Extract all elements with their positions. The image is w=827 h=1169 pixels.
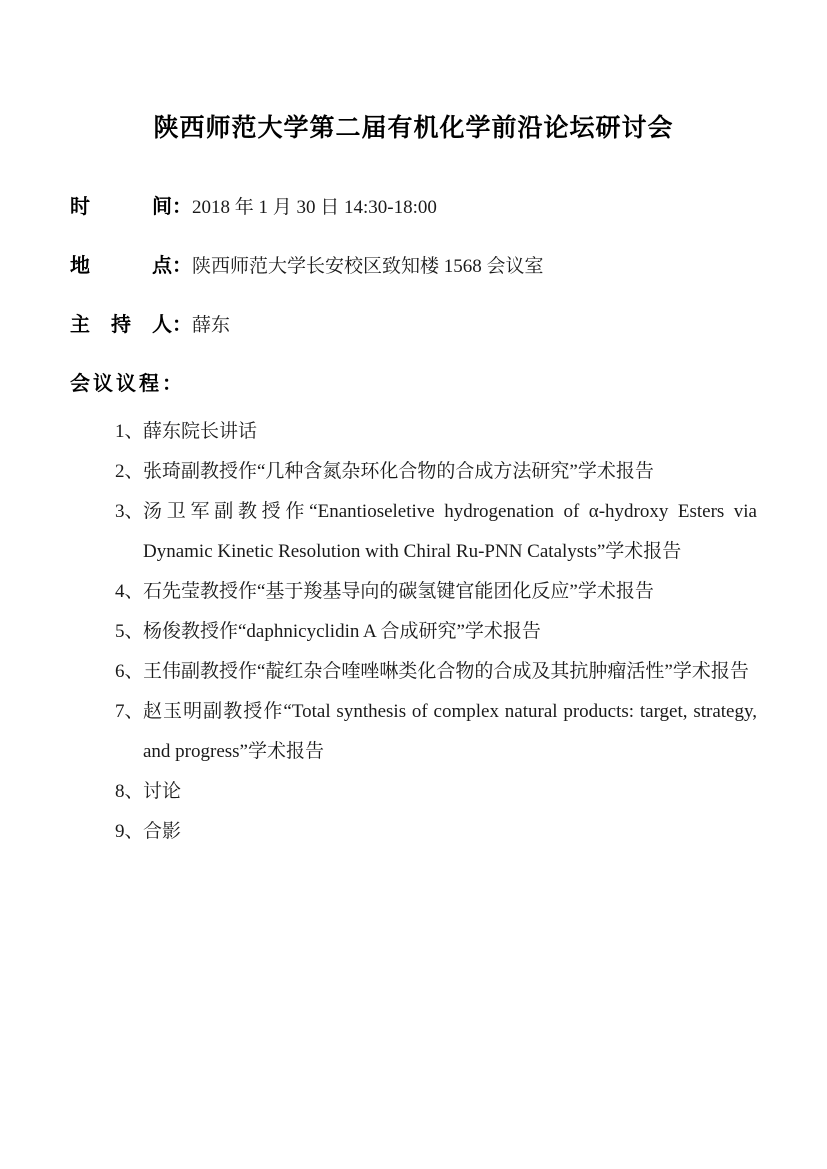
- agenda-item-text: 讨论: [143, 781, 181, 802]
- meta-value-host: 薛东: [192, 315, 230, 336]
- agenda-item-8: 8、讨论: [115, 772, 757, 812]
- document-title: 陕西师范大学第二届有机化学前沿论坛研讨会: [70, 112, 757, 144]
- meta-row-time: 时间：2018 年 1 月 30 日 14:30-18:00: [70, 194, 757, 222]
- agenda-item-6: 6、王伟副教授作“靛红杂合喹唑啉类化合物的合成及其抗肿瘤活性”学术报告: [115, 652, 757, 692]
- agenda-item-number: 4、: [115, 572, 143, 612]
- agenda-item-2: 2、张琦副教授作“几种含氮杂环化合物的合成方法研究”学术报告: [115, 452, 757, 492]
- agenda-item-number: 3、: [115, 492, 143, 532]
- meta-label-host: 主持人: [70, 312, 172, 338]
- agenda-item-text: 杨俊教授作“daphnicyclidin A 合成研究”学术报告: [143, 621, 541, 642]
- agenda-item-text: 合影: [143, 821, 181, 842]
- agenda-item-number: 1、: [115, 412, 143, 452]
- agenda-item-number: 8、: [115, 772, 143, 812]
- agenda-item-text: 薛东院长讲话: [143, 421, 257, 442]
- meta-label-location: 地点: [70, 253, 172, 279]
- meta-value-location: 陕西师范大学长安校区致知楼 1568 会议室: [192, 256, 544, 277]
- agenda-item-text: 赵玉明副教授作“Total synthesis of complex natur…: [143, 701, 757, 762]
- agenda-item-number: 7、: [115, 692, 143, 732]
- agenda-item-5: 5、杨俊教授作“daphnicyclidin A 合成研究”学术报告: [115, 612, 757, 652]
- agenda-heading: 会议议程：: [70, 371, 757, 397]
- agenda-item-text: 张琦副教授作“几种含氮杂环化合物的合成方法研究”学术报告: [143, 461, 654, 482]
- agenda-item-9: 9、合影: [115, 812, 757, 852]
- agenda-item-text: 石先莹教授作“基于羧基导向的碳氢键官能团化反应”学术报告: [143, 581, 654, 602]
- agenda-list: 1、薛东院长讲话 2、张琦副教授作“几种含氮杂环化合物的合成方法研究”学术报告 …: [115, 412, 757, 852]
- meta-value-time: 2018 年 1 月 30 日 14:30-18:00: [192, 197, 437, 218]
- agenda-item-text: 汤卫军副教授作“Enantioseletive hydrogenation of…: [143, 501, 757, 562]
- document-page: 陕西师范大学第二届有机化学前沿论坛研讨会 时间：2018 年 1 月 30 日 …: [0, 0, 827, 1169]
- agenda-item-number: 2、: [115, 452, 143, 492]
- meta-colon: ：: [172, 255, 192, 277]
- agenda-item-number: 5、: [115, 612, 143, 652]
- meta-label-time: 时间: [70, 194, 172, 220]
- meta-row-location: 地点：陕西师范大学长安校区致知楼 1568 会议室: [70, 253, 757, 281]
- agenda-item-number: 9、: [115, 812, 143, 852]
- meta-row-host: 主持人：薛东: [70, 312, 757, 340]
- agenda-item-4: 4、石先莹教授作“基于羧基导向的碳氢键官能团化反应”学术报告: [115, 572, 757, 612]
- agenda-item-number: 6、: [115, 652, 143, 692]
- agenda-item-1: 1、薛东院长讲话: [115, 412, 757, 452]
- meta-colon: ：: [172, 196, 192, 218]
- meta-colon: ：: [172, 314, 192, 336]
- agenda-item-text: 王伟副教授作“靛红杂合喹唑啉类化合物的合成及其抗肿瘤活性”学术报告: [143, 661, 749, 682]
- agenda-item-3: 3、汤卫军副教授作“Enantioseletive hydrogenation …: [115, 492, 757, 572]
- agenda-item-7: 7、赵玉明副教授作“Total synthesis of complex nat…: [115, 692, 757, 772]
